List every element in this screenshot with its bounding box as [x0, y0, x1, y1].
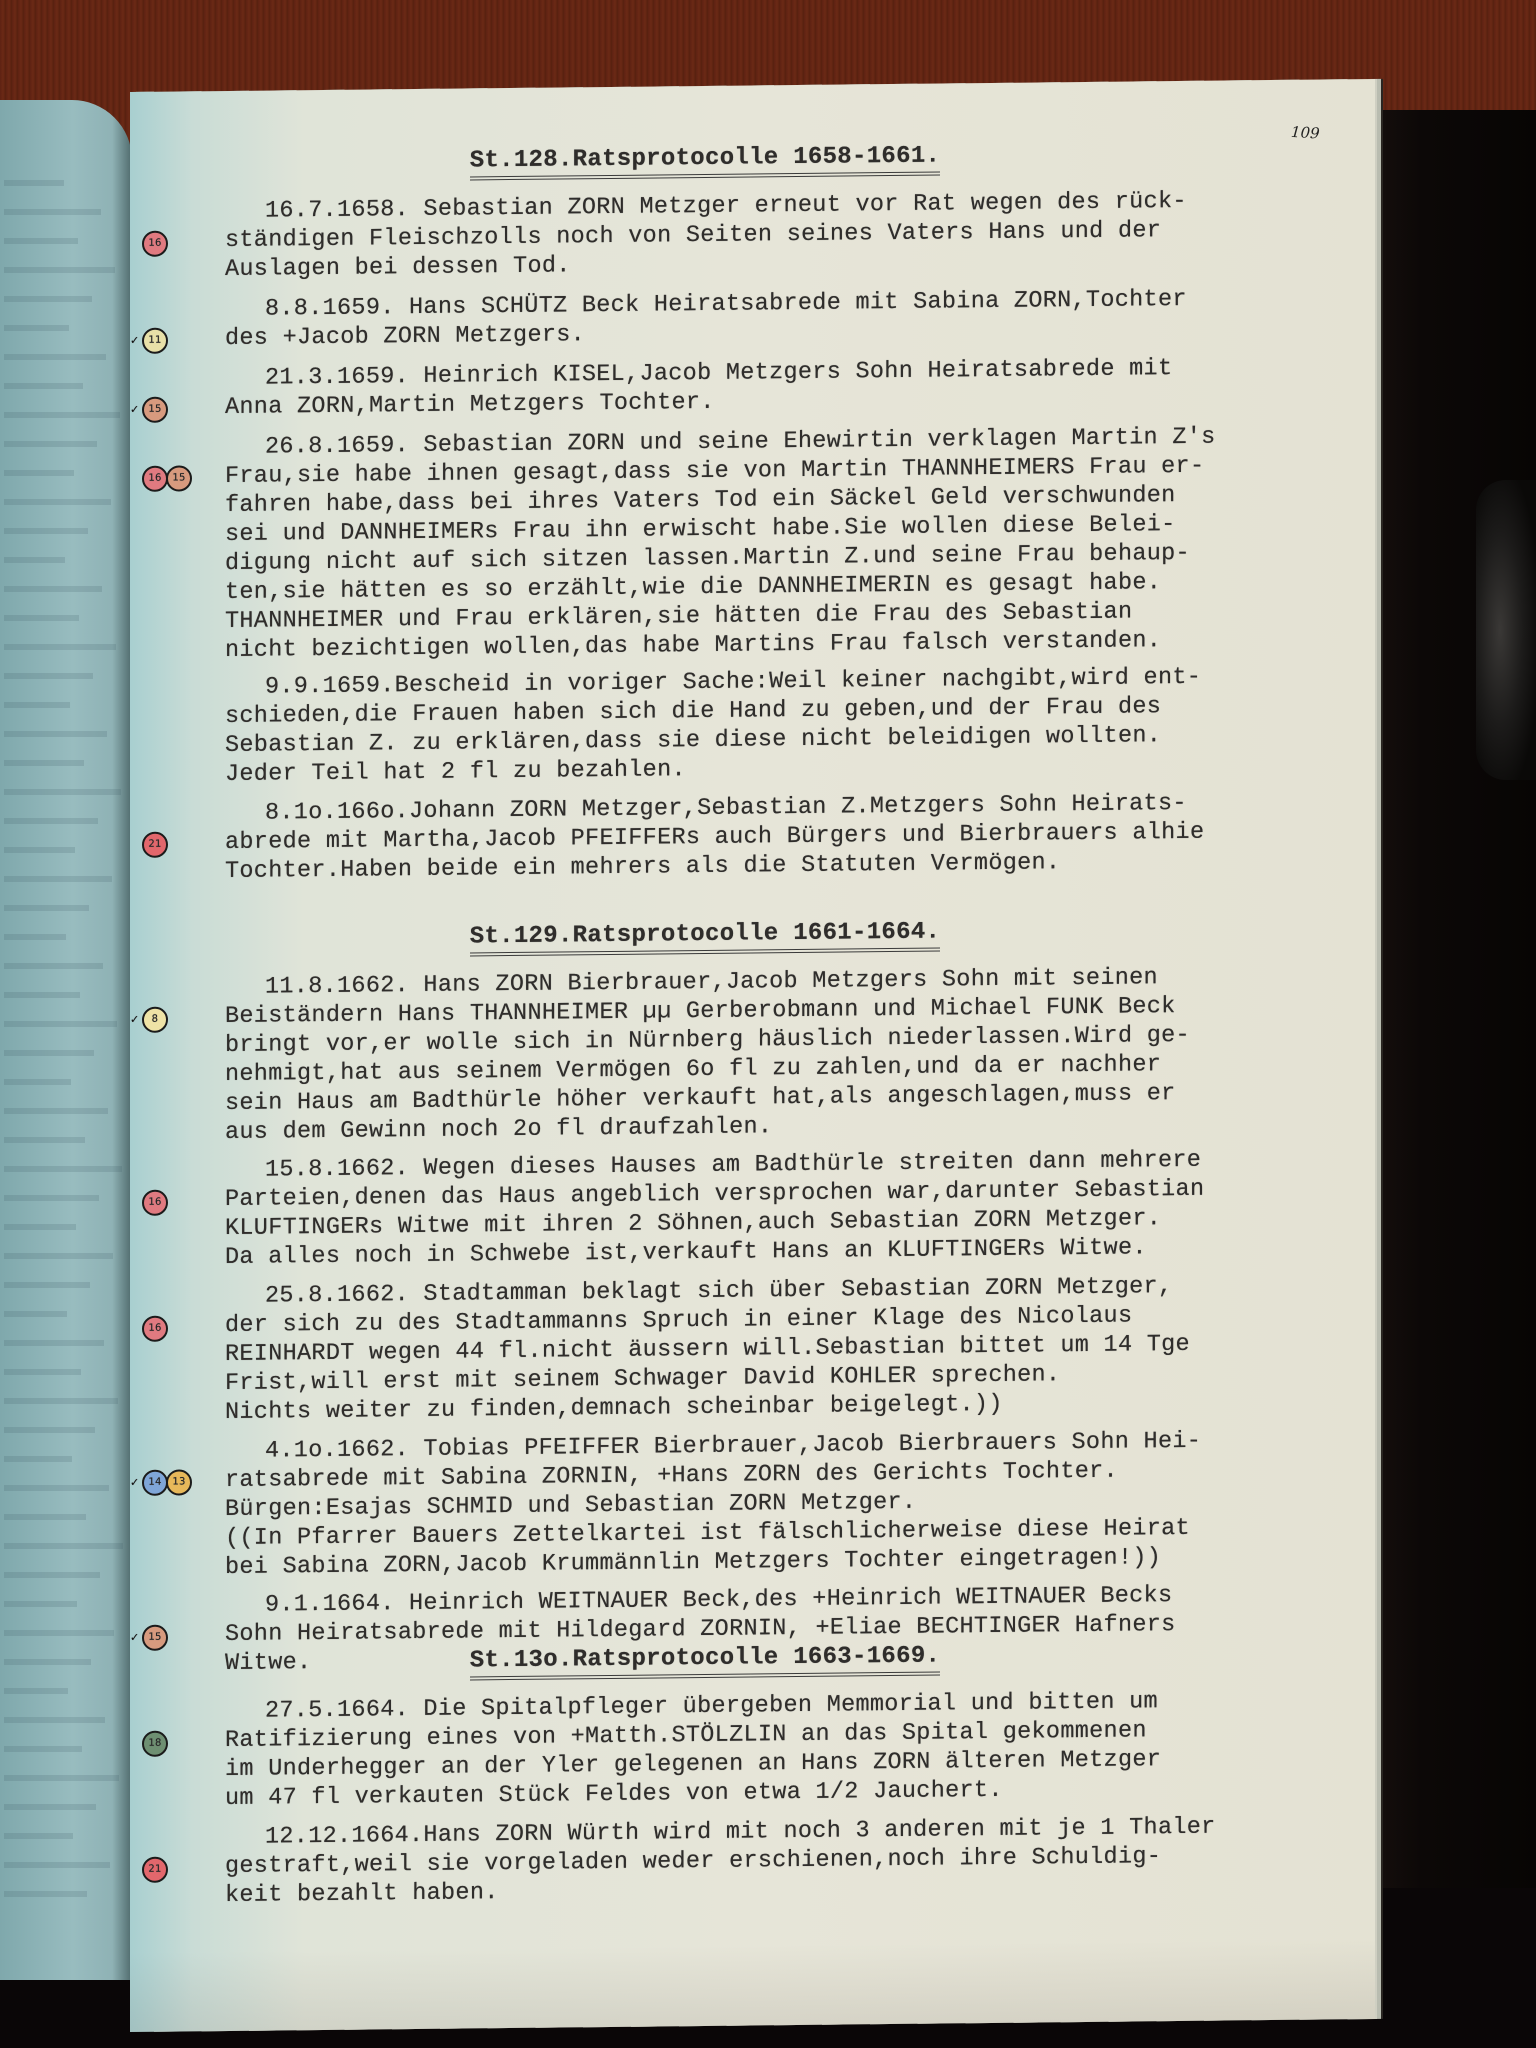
left-page-bleed-line	[4, 180, 64, 186]
left-page-bleed-line	[4, 992, 80, 998]
left-page-bleed-line	[4, 586, 102, 592]
left-page-bleed-line	[4, 1021, 117, 1027]
left-page-bleed-line	[4, 1891, 87, 1897]
left-page-bleed-line	[4, 1804, 96, 1810]
protocol-entry: 8.1o.166o.Johann ZORN Metzger,Sebastian …	[225, 789, 1345, 888]
left-page-bleed-line	[4, 412, 120, 418]
left-page-bleed-line	[4, 1630, 114, 1636]
section-heading-text: St.13o.Ratsprotocolle 1663-1669.	[470, 1643, 940, 1681]
margin-number-circle: 14	[142, 1470, 168, 1496]
left-page-bleed-line	[4, 702, 70, 708]
check-mark-icon: ✓	[130, 1014, 140, 1024]
margin-number-circle: 15	[142, 1624, 168, 1650]
left-page-bleed-line	[4, 1369, 81, 1375]
left-page-bleed-line	[4, 760, 84, 766]
left-page-bleed-line	[4, 1108, 108, 1114]
left-page-bleed-line	[4, 1079, 71, 1085]
left-page-bleed-line	[4, 963, 103, 969]
protocol-entry: 16.7.1658. Sebastian ZORN Metzger erneut…	[225, 187, 1345, 286]
left-page-bleed-line	[4, 1572, 100, 1578]
left-page-bleed-line	[4, 1195, 99, 1201]
left-page-bleed-line	[4, 1514, 86, 1520]
check-mark-icon: ✓	[130, 336, 140, 346]
left-page-bleed-line	[4, 1717, 105, 1723]
check-mark-icon: ✓	[130, 1632, 140, 1642]
margin-number-circle: 21	[142, 832, 168, 858]
left-page-bleed-line	[4, 383, 83, 389]
left-page-bleed-line	[4, 1456, 72, 1462]
left-page-bleed-line	[4, 1253, 113, 1259]
left-page-bleed-line	[4, 1224, 76, 1230]
left-page-bleed-line	[4, 1659, 91, 1665]
left-page-bleed-line	[4, 615, 79, 621]
left-page-bleed-line	[4, 325, 69, 331]
left-page-bleed-line	[4, 441, 97, 447]
protocol-entry: 12.12.1664.Hans ZORN Würth wird mit noch…	[225, 1813, 1345, 1912]
section-heading-text: St.129.Ratsprotocolle 1661-1664.	[470, 919, 940, 957]
left-page-bleed-line	[4, 1340, 104, 1346]
page-number: 109	[1291, 123, 1321, 143]
protocol-entry: 25.8.1662. Stadtamman beklagt sich über …	[225, 1272, 1345, 1429]
left-page-bleed-line	[4, 731, 107, 737]
left-page-bleed-line	[4, 876, 112, 882]
margin-number-circle: 16	[142, 1189, 168, 1215]
left-page-bleed-line	[4, 1137, 85, 1143]
margin-number-circle: 15	[142, 397, 168, 423]
left-page-bleed-line	[4, 673, 93, 679]
left-page-bleed-line	[4, 818, 98, 824]
background-object	[1476, 480, 1536, 780]
margin-number-circle: 16	[142, 466, 168, 492]
left-page-bleed-line	[4, 934, 66, 940]
margin-number-circle: 16	[142, 1315, 168, 1341]
check-mark-icon: ✓	[130, 405, 140, 415]
left-page-bleed-line	[4, 1601, 77, 1607]
left-page-bleed-line	[4, 1688, 68, 1694]
margin-number-circle: 13	[166, 1469, 192, 1495]
left-page-bleed-line	[4, 1543, 123, 1549]
protocol-entry: 15.8.1662. Wegen dieses Hauses am Badthü…	[225, 1146, 1345, 1274]
left-page-bleed-line	[4, 1282, 90, 1288]
left-page-bleed-line	[4, 1050, 94, 1056]
left-page-bleed-line	[4, 499, 111, 505]
left-page-bleed-line	[4, 267, 115, 273]
left-page-bleed-line	[4, 296, 92, 302]
left-page-bleed-line	[4, 905, 89, 911]
left-page-bleed-line	[4, 1166, 122, 1172]
protocol-entry: 11.8.1662. Hans ZORN Bierbrauer,Jacob Me…	[225, 963, 1345, 1149]
protocol-entry: 26.8.1659. Sebastian ZORN und seine Ehew…	[225, 423, 1345, 667]
margin-number-circle: 21	[142, 1856, 168, 1882]
margin-number-circle: 18	[142, 1730, 168, 1756]
check-mark-icon: ✓	[130, 1478, 140, 1488]
left-page-bleed-line	[4, 209, 101, 215]
left-page-bleed-line	[4, 528, 88, 534]
left-page-bleed-line	[4, 354, 106, 360]
left-page-bleed-line	[4, 557, 65, 563]
margin-number-circle: 8	[142, 1006, 168, 1032]
protocol-entry: 9.9.1659.Bescheid in voriger Sache:Weil …	[225, 663, 1345, 791]
margin-number-circle: 16	[142, 230, 168, 256]
left-page-bleed-line	[4, 1746, 82, 1752]
left-page-bleed-line	[4, 789, 121, 795]
left-page-bleed-line	[4, 1862, 110, 1868]
left-page-bleed-line	[4, 1427, 95, 1433]
left-page-bleed-line	[4, 1398, 118, 1404]
left-page-bleed-line	[4, 238, 78, 244]
left-page-bleed-line	[4, 1485, 109, 1491]
document-page: 109 St.128.Ratsprotocolle 1658-1661.16.7…	[130, 79, 1375, 2032]
section-heading: St.128.Ratsprotocolle 1658-1661.	[130, 140, 1280, 179]
left-page	[0, 100, 132, 1980]
section-heading: St.129.Ratsprotocolle 1661-1664.	[130, 916, 1280, 955]
protocol-entry: 21.3.1659. Heinrich KISEL,Jacob Metzgers…	[225, 354, 1345, 424]
left-page-bleed-line	[4, 470, 74, 476]
left-page-bleed-line	[4, 644, 116, 650]
left-page-bleed-line	[4, 1311, 67, 1317]
protocol-entry: 4.1o.1662. Tobias PFEIFFER Bierbrauer,Ja…	[225, 1427, 1345, 1584]
protocol-entry: 8.8.1659. Hans SCHÜTZ Beck Heiratsabrede…	[225, 285, 1345, 355]
margin-number-circle: 15	[166, 465, 192, 491]
protocol-entry: 27.5.1664. Die Spitalpfleger übergeben M…	[225, 1687, 1345, 1815]
left-page-bleed-line	[4, 1833, 73, 1839]
margin-number-circle: 11	[142, 328, 168, 354]
section-heading-text: St.128.Ratsprotocolle 1658-1661.	[470, 143, 940, 181]
left-page-bleed-line	[4, 1775, 119, 1781]
left-page-bleed-line	[4, 847, 75, 853]
